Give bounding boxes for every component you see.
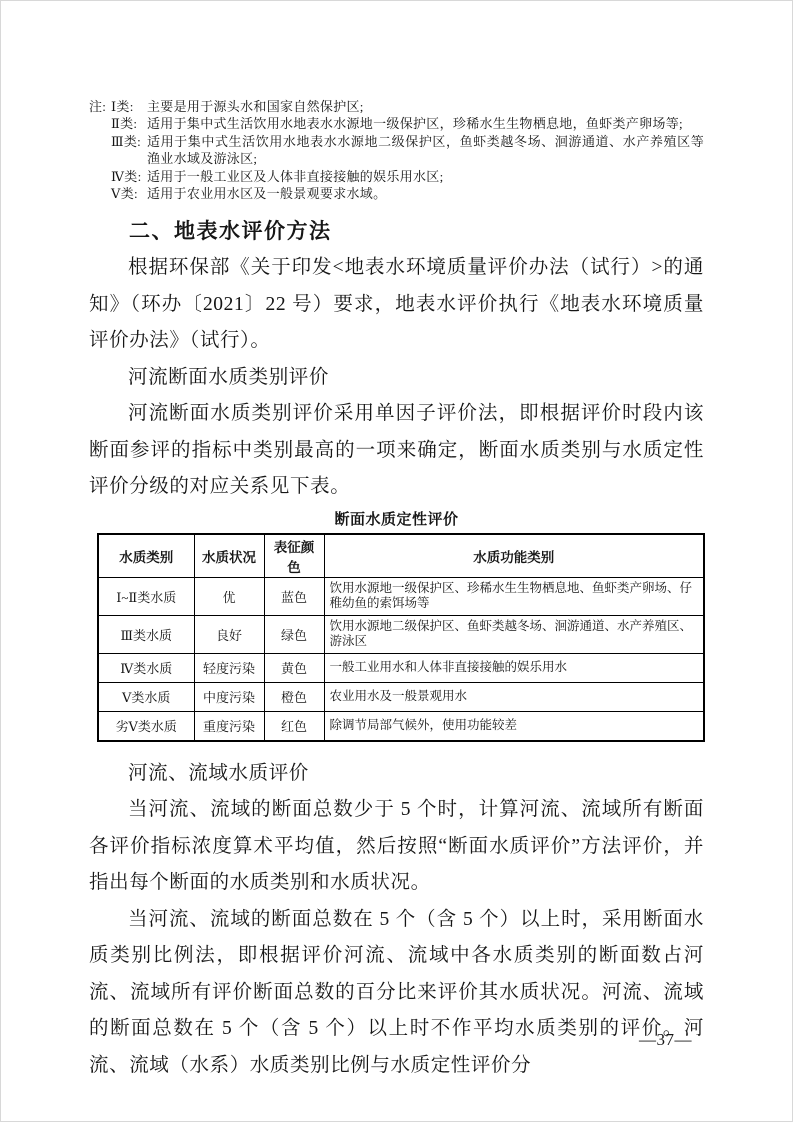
subheading-river-basin-eval: 河流、流域水质评价 [89, 756, 704, 793]
paragraph-five-or-more: 当河流、流域的断面总数在 5 个（含 5 个）以上时，采用断面水质类别比例法，即… [89, 902, 704, 1085]
note-text-3: 适用于集中式生活饮用水地表水水源地二级保护区，鱼虾类越冬场、洄游通道、水产养殖区… [147, 133, 704, 168]
cell-class: Ⅲ类水质 [98, 615, 194, 653]
table-header-row: 水质类别 水质状况 表征颜色 水质功能类别 [98, 534, 704, 578]
water-class-notes: 注: Ⅰ类: 主要是用于源头水和国家自然保护区; Ⅱ类: 适用于集中式生活饮用水… [89, 1, 704, 202]
note-text-4: 适用于一般工业区及人体非直接接触的娱乐用水区; [147, 168, 704, 185]
header-color: 表征颜色 [264, 534, 324, 578]
note-label-2: Ⅱ类: [111, 115, 147, 132]
cell-status: 良好 [194, 615, 264, 653]
note-item-5: Ⅴ类: 适用于农业用水区及一般景观要求水域。 [89, 185, 704, 202]
table-row: Ⅲ类水质 良好 绿色 饮用水源地二级保护区、鱼虾类越冬场、洄游通道、水产养殖区、… [98, 615, 704, 653]
paragraph-less-than-five: 当河流、流域的断面总数少于 5 个时，计算河流、流域所有断面各评价指标浓度算术平… [89, 792, 704, 902]
cell-color: 橙色 [264, 682, 324, 711]
section-heading: 二、地表水评价方法 [89, 217, 704, 247]
cell-status: 重度污染 [194, 711, 264, 741]
cell-function: 饮用水源地二级保护区、鱼虾类越冬场、洄游通道、水产养殖区、游泳区 [324, 615, 704, 653]
table-row: 劣Ⅴ类水质 重度污染 红色 除调节局部气候外，使用功能较差 [98, 711, 704, 741]
cell-color: 红色 [264, 711, 324, 741]
cell-class: Ⅰ~Ⅱ类水质 [98, 577, 194, 615]
header-water-status: 水质状况 [194, 534, 264, 578]
header-function: 水质功能类别 [324, 534, 704, 578]
paragraph-single-factor: 河流断面水质类别评价采用单因子评价法，即根据评价时段内该断面参评的指标中类别最高… [89, 396, 704, 506]
cell-class: Ⅳ类水质 [98, 653, 194, 682]
cell-function: 一般工业用水和人体非直接接触的娱乐用水 [324, 653, 704, 682]
cell-color: 蓝色 [264, 577, 324, 615]
note-item-1: 注: Ⅰ类: 主要是用于源头水和国家自然保护区; [89, 98, 704, 115]
note-text-5: 适用于农业用水区及一般景观要求水域。 [147, 185, 704, 202]
cell-class: Ⅴ类水质 [98, 682, 194, 711]
cell-status: 中度污染 [194, 682, 264, 711]
cell-status: 轻度污染 [194, 653, 264, 682]
note-label-4: Ⅳ类: [111, 168, 147, 185]
cell-class: 劣Ⅴ类水质 [98, 711, 194, 741]
cell-function: 除调节局部气候外，使用功能较差 [324, 711, 704, 741]
note-item-3: Ⅲ类: 适用于集中式生活饮用水地表水水源地二级保护区，鱼虾类越冬场、洄游通道、水… [89, 133, 704, 168]
table-title: 断面水质定性评价 [89, 510, 704, 530]
note-item-4: Ⅳ类: 适用于一般工业区及人体非直接接触的娱乐用水区; [89, 168, 704, 185]
table-row: Ⅴ类水质 中度污染 橙色 农业用水及一般景观用水 [98, 682, 704, 711]
note-label-5: Ⅴ类: [111, 185, 147, 202]
cell-function: 饮用水源地一级保护区、珍稀水生生物栖息地、鱼虾类产卵场、仔稚幼鱼的索饵场等 [324, 577, 704, 615]
cell-function: 农业用水及一般景观用水 [324, 682, 704, 711]
water-quality-table: 水质类别 水质状况 表征颜色 水质功能类别 Ⅰ~Ⅱ类水质 优 蓝色 饮用水源地一… [97, 533, 705, 742]
note-label-1: Ⅰ类: [111, 98, 147, 115]
note-item-2: Ⅱ类: 适用于集中式生活饮用水地表水水源地一级保护区，珍稀水生生物栖息地，鱼虾类… [89, 115, 704, 132]
cell-status: 优 [194, 577, 264, 615]
cell-color: 黄色 [264, 653, 324, 682]
header-water-class: 水质类别 [98, 534, 194, 578]
subheading-section-category-eval: 河流断面水质类别评价 [89, 360, 704, 397]
page-number: —37— [639, 1030, 692, 1050]
note-text-1: 主要是用于源头水和国家自然保护区; [147, 98, 704, 115]
table-row: Ⅰ~Ⅱ类水质 优 蓝色 饮用水源地一级保护区、珍稀水生生物栖息地、鱼虾类产卵场、… [98, 577, 704, 615]
table-row: Ⅳ类水质 轻度污染 黄色 一般工业用水和人体非直接接触的娱乐用水 [98, 653, 704, 682]
note-text-2: 适用于集中式生活饮用水地表水水源地一级保护区，珍稀水生生物栖息地，鱼虾类产卵场等… [147, 115, 704, 132]
note-label-3: Ⅲ类: [111, 133, 147, 150]
note-prefix: 注: [89, 98, 111, 115]
document-page: 注: Ⅰ类: 主要是用于源头水和国家自然保护区; Ⅱ类: 适用于集中式生活饮用水… [0, 0, 793, 1122]
paragraph-basis: 根据环保部《关于印发<地表水环境质量评价办法（试行）>的通知》（环办〔2021〕… [89, 250, 704, 360]
cell-color: 绿色 [264, 615, 324, 653]
